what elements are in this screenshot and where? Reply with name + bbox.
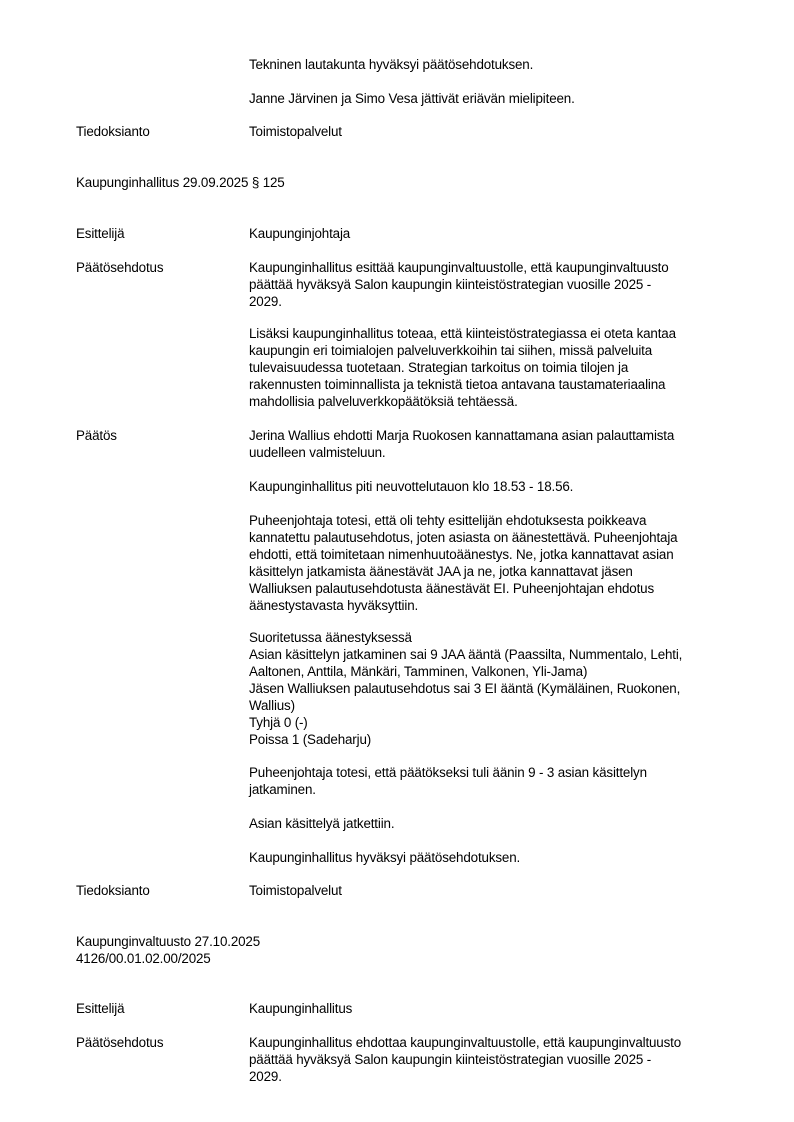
paragraph-tekninen-lautakunta-hyvaksyi: Tekninen lautakunta hyväksyi päätösehdot… xyxy=(249,56,749,73)
paatos-label: Päätös xyxy=(76,427,117,444)
document-page: Tekninen lautakunta hyväksyi päätösehdot… xyxy=(0,0,794,1122)
paatos-paragraph-neuvottelutauko: Kaupunginhallitus piti neuvottelutauon k… xyxy=(249,478,749,495)
esittelija-value-1: Kaupunginjohtaja xyxy=(249,225,350,242)
section-heading-kaupunginhallitus: Kaupunginhallitus 29.09.2025 § 125 xyxy=(76,174,285,191)
paatos-paragraph-aanestys-ehdotus: Puheenjohtaja totesi, että oli tehty esi… xyxy=(249,512,749,614)
paatosehdotus-label-1: Päätösehdotus xyxy=(76,259,163,276)
diary-reference-number: 4126/00.01.02.00/2025 xyxy=(76,950,211,967)
paatosehdotus-label-2: Päätösehdotus xyxy=(76,1034,163,1051)
tiedoksianto-value-1: Toimistopalvelut xyxy=(249,123,342,140)
tiedoksianto-value-2: Toimistopalvelut xyxy=(249,882,342,899)
paatos-paragraph-paatokseksi: Puheenjohtaja totesi, että päätökseksi t… xyxy=(249,764,749,798)
paatos-paragraph-hyvaksyi: Kaupunginhallitus hyväksyi päätösehdotuk… xyxy=(249,849,749,866)
tiedoksianto-label-2: Tiedoksianto xyxy=(76,882,150,899)
section-heading-kaupunginvaltuusto: Kaupunginvaltuusto 27.10.2025 xyxy=(76,933,260,950)
esittelija-label-2: Esittelijä xyxy=(76,1000,124,1017)
paatos-paragraph-aanestystulos: Suoritetussa äänestyksessä Asian käsitte… xyxy=(249,629,749,748)
paragraph-eriava-mielipide: Janne Järvinen ja Simo Vesa jättivät eri… xyxy=(249,90,749,107)
paatosehdotus-paragraph-valtuusto: Kaupunginhallitus ehdottaa kaupunginvalt… xyxy=(249,1034,749,1085)
paatosehdotus-paragraph-1: Kaupunginhallitus esittää kaupunginvaltu… xyxy=(249,259,749,310)
esittelija-value-2: Kaupunginhallitus xyxy=(249,1000,352,1017)
tiedoksianto-label-1: Tiedoksianto xyxy=(76,123,150,140)
paatos-paragraph-kasittelya-jatkettiin: Asian käsittelyä jatkettiin. xyxy=(249,815,749,832)
paatosehdotus-paragraph-2: Lisäksi kaupunginhallitus toteaa, että k… xyxy=(249,325,749,410)
esittelija-label-1: Esittelijä xyxy=(76,225,124,242)
paatos-paragraph-palautusehdotus: Jerina Wallius ehdotti Marja Ruokosen ka… xyxy=(249,427,749,461)
